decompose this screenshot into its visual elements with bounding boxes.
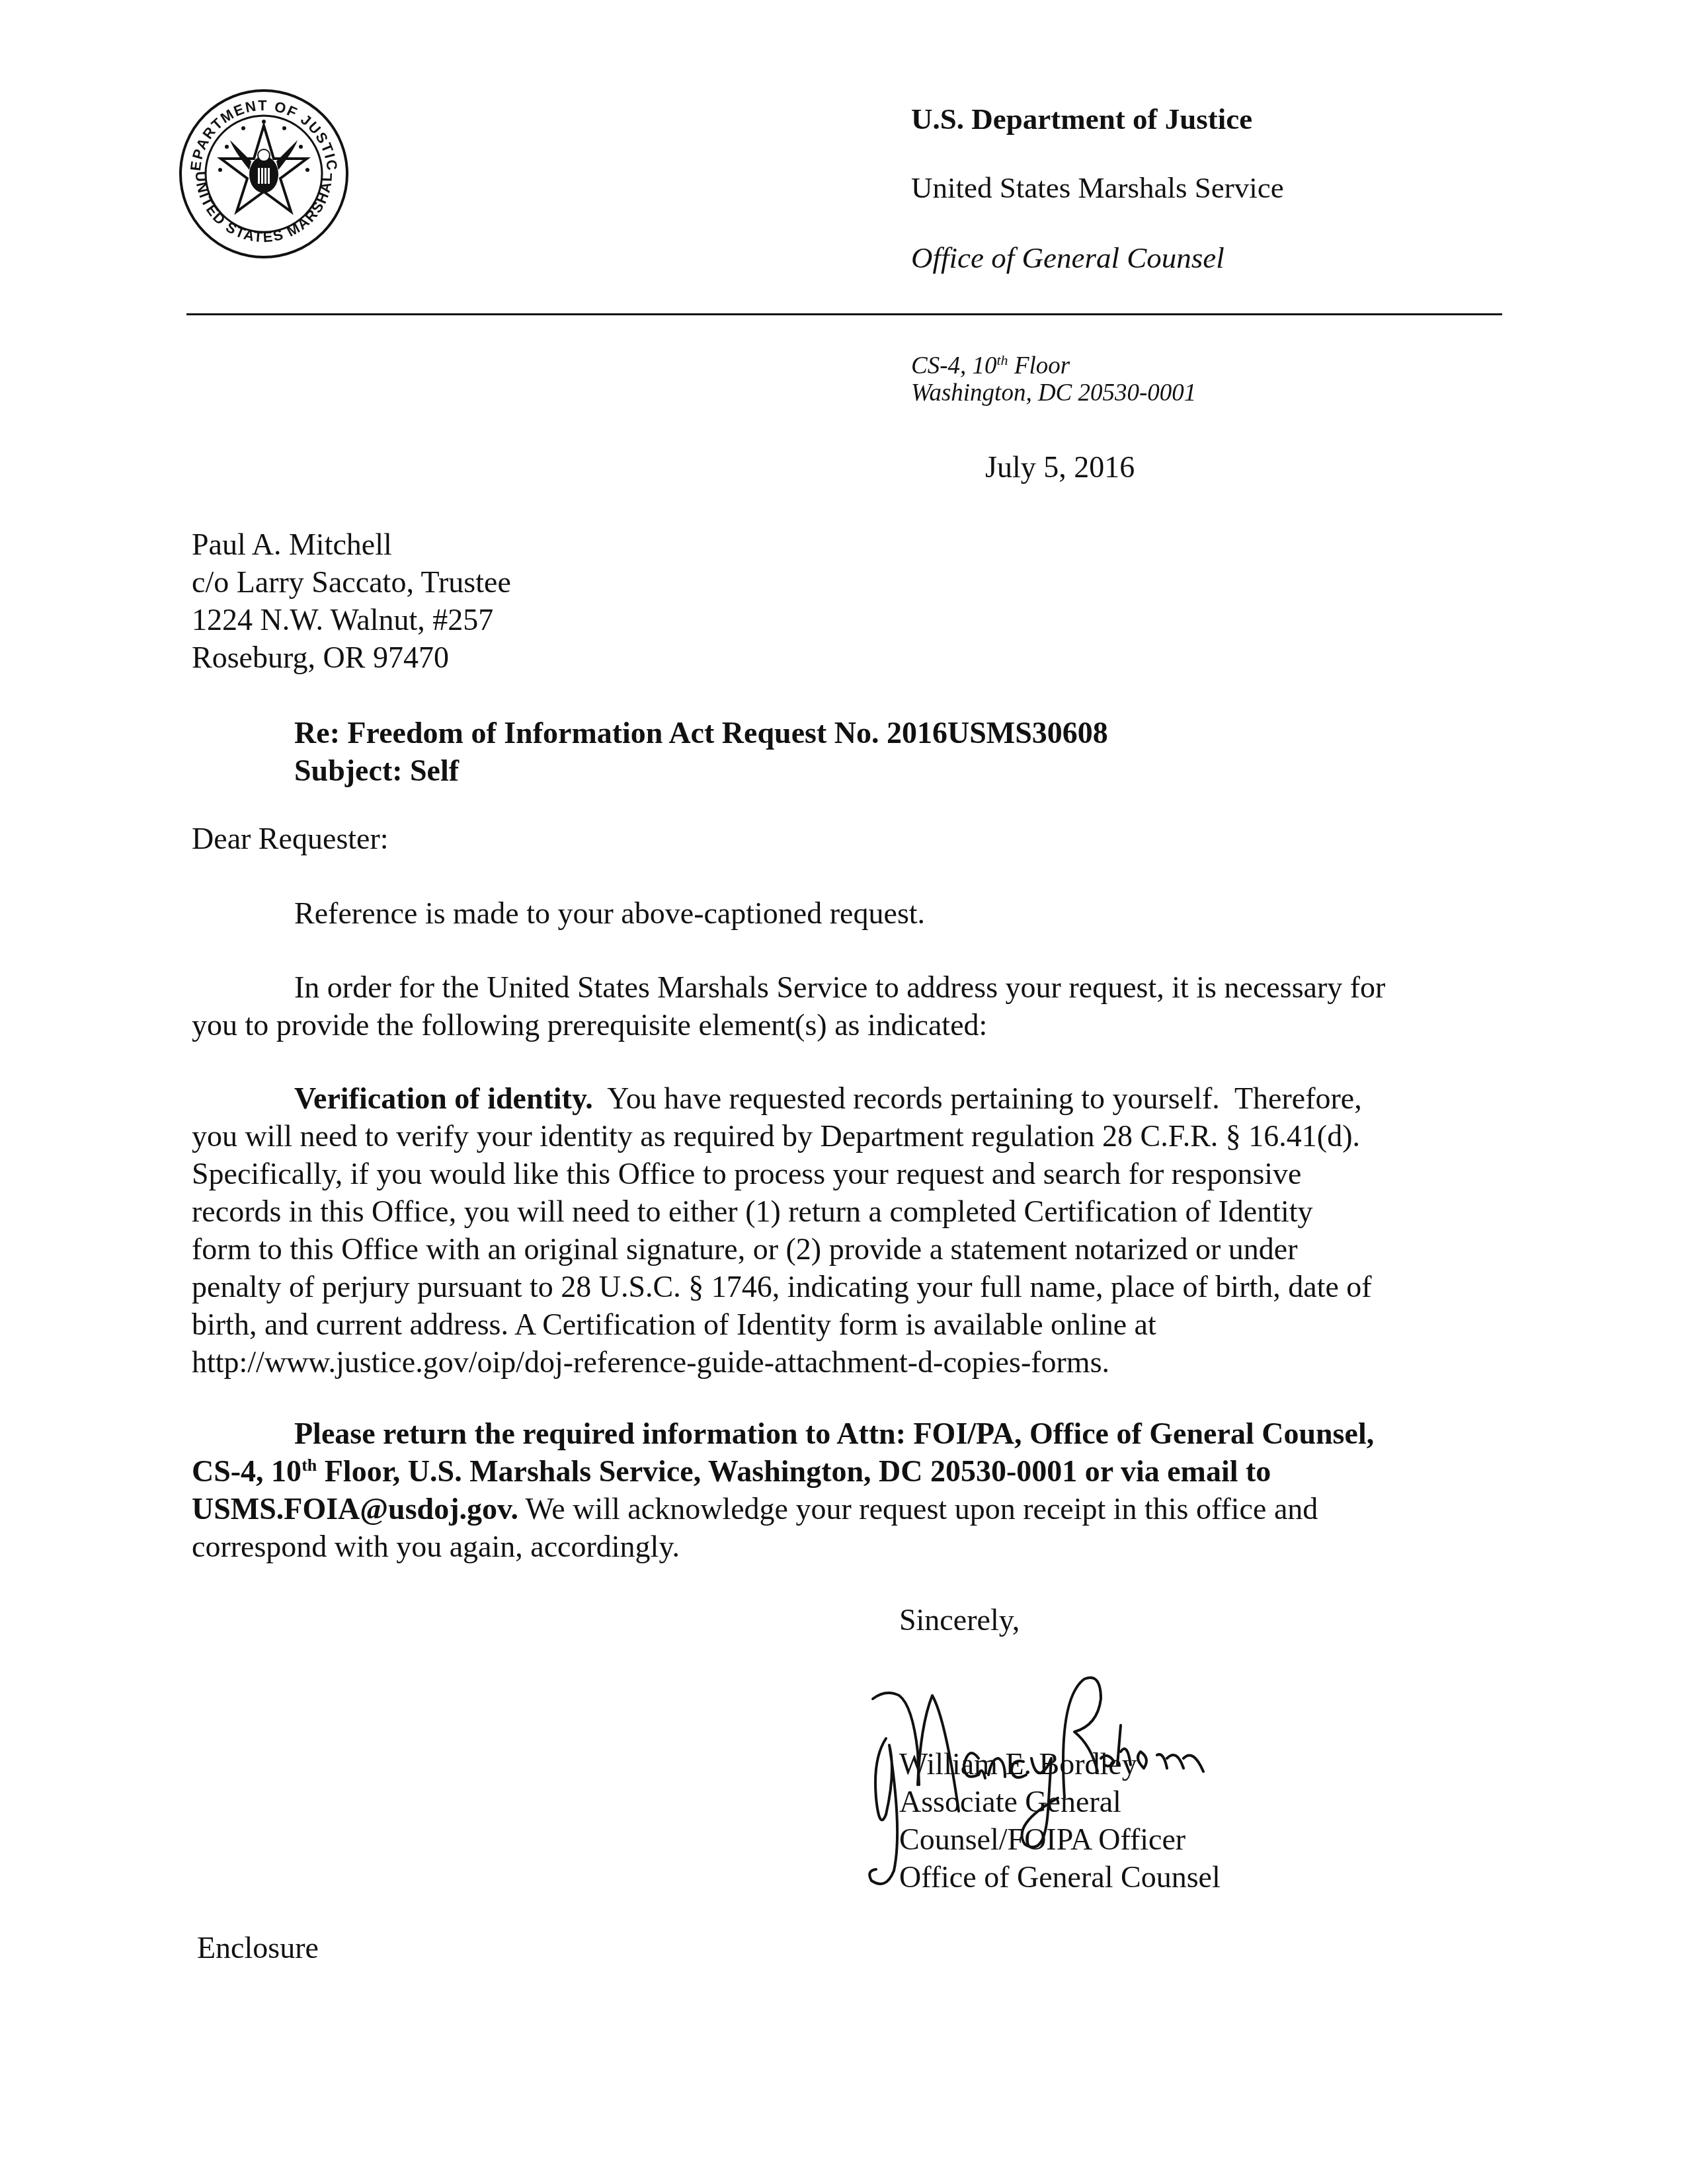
- department-name: U.S. Department of Justice: [911, 104, 1252, 134]
- office-name: Office of General Counsel: [911, 243, 1224, 273]
- paragraph-verification: Verification of identity. You have reque…: [192, 1079, 1514, 1381]
- enclosure-note: Enclosure: [197, 1930, 319, 1965]
- office-address-line2: Washington, DC 20530-0001: [911, 377, 1196, 410]
- certification-form-url[interactable]: http://www.justice.gov/oip/doj-reference…: [192, 1343, 1514, 1381]
- recipient-line: 1224 N.W. Walnut, #257: [192, 601, 511, 639]
- verification-heading: Verification of identity.: [294, 1081, 593, 1115]
- seal-graphic: DEPARTMENT OF JUSTICE UNITED STATES MARS…: [177, 87, 350, 260]
- subject-block: Re: Freedom of Information Act Request N…: [294, 714, 1108, 789]
- salutation: Dear Requester:: [192, 820, 1514, 857]
- valediction: Sincerely,: [899, 1601, 1020, 1639]
- letterhead-divider: [186, 313, 1502, 315]
- signer-office: Office of General Counsel: [899, 1858, 1221, 1896]
- contact-email-link[interactable]: USMS.FOIA@usdoj.gov.: [192, 1492, 518, 1526]
- signer-title: Counsel/FOIPA Officer: [899, 1820, 1221, 1858]
- signer-name: William E. Bordley: [899, 1745, 1221, 1783]
- letter-date: July 5, 2016: [985, 449, 1135, 485]
- recipient-line: c/o Larry Saccato, Trustee: [192, 563, 511, 601]
- recipient-line: Roseburg, OR 97470: [192, 639, 511, 676]
- subject-line: Subject: Self: [294, 752, 1108, 789]
- paragraph-return-info: Please return the required information t…: [192, 1415, 1514, 1565]
- paragraph-reference: Reference is made to your above-captione…: [192, 894, 1514, 932]
- re-line: Re: Freedom of Information Act Request N…: [294, 714, 1108, 752]
- signature-block: William E. Bordley Associate General Cou…: [899, 1745, 1221, 1896]
- agency-name: United States Marshals Service: [911, 173, 1284, 203]
- signer-title: Associate General: [899, 1783, 1221, 1820]
- doj-us-marshals-seal-icon: DEPARTMENT OF JUSTICE UNITED STATES MARS…: [177, 87, 350, 260]
- recipient-address: Paul A. Mitchell c/o Larry Saccato, Trus…: [192, 526, 511, 676]
- recipient-line: Paul A. Mitchell: [192, 526, 511, 563]
- paragraph-prerequisites: In order for the United States Marshals …: [192, 968, 1514, 1044]
